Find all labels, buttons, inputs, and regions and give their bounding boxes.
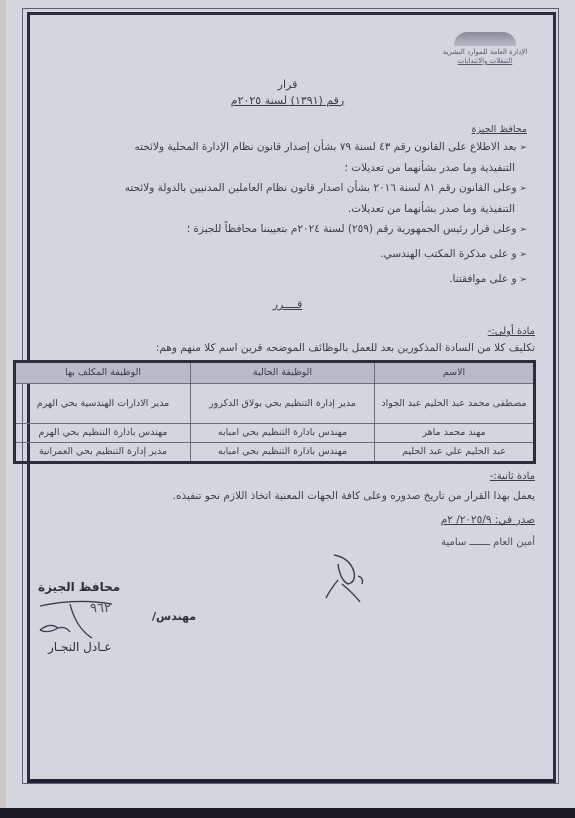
cell-current-job: مهندس بادارة التنظيم بحي امبابه [191,443,375,463]
emblem-icon [454,32,516,46]
assignment-table: الاسم الوظيفة الحالية الوظيفة المكلف بها… [13,360,536,464]
handwritten-initials-icon [320,550,380,610]
cell-current-job: مهندس بادارة التنظيم بحي امبابه [191,424,375,443]
column-header-current-job: الوظيفة الحالية [191,362,375,384]
signature-title: محافظ الجيزة [38,580,120,594]
cell-name: مهند محمد ماهر [375,424,535,443]
column-header-name: الاسم [375,362,535,384]
cell-assigned-job: مدير إدارة التنظيم بحي العمرانية [15,443,191,463]
article-one-heading: مادة أولى:- [488,326,535,337]
handwritten-note: أمين العام ـــــــ سامية [441,537,535,548]
signature-prefix: مهندس/ [152,610,196,623]
decision-heading: قــــرر [0,298,575,311]
table-row: مصطفى محمد عبد الحليم عبد الجواد مدير إد… [15,384,535,424]
cell-name: مصطفى محمد عبد الحليم عبد الجواد [375,384,535,424]
background-edge [0,808,575,818]
table-row: مهند محمد ماهر مهندس بادارة التنظيم بحي … [15,424,535,443]
signatory-name: عـادل النجـار [48,640,112,654]
article-one-text: تكليف كلا من السادة المذكورين بعد للعمل … [156,342,535,354]
table-header-row: الاسم الوظيفة الحالية الوظيفة المكلف بها [15,362,535,384]
preamble-item-3: وعلى قرار رئيس الجمهورية رقم (٢٥٩) لسنة … [187,223,527,235]
decree-number: رقم (١٣٩١) لسنة ٢٠٢٥م [0,94,575,107]
article-two-text: يعمل بهذا القرار من تاريخ صدوره وعلى كاف… [173,490,535,502]
column-header-assigned-job: الوظيفة المكلف بها [15,362,191,384]
issue-date: صدر في: ٢٠٢٥/٩/ ٢م [441,514,535,526]
table-row: عبد الحليم علي عبد الحليم مهندس بادارة ا… [15,443,535,463]
cell-name: عبد الحليم علي عبد الحليم [375,443,535,463]
letterhead-department: الإدارة العامة للموارد البشرية [435,48,535,57]
preamble-item-2-cont: التنفيذية وما صدر بشأنهما من تعديلات. [348,203,515,215]
decree-title: قرار [0,78,575,91]
letterhead: الإدارة العامة للموارد البشرية التنقلات … [435,32,535,66]
cell-assigned-job: مهندس بادارة التنظيم بحي الهرم [15,424,191,443]
preamble-item-2: وعلى القانون رقم ٨١ لسنة ٢٠١٦ بشأن اصدار… [125,182,527,194]
cell-current-job: مدير إدارة التنظيم بحي بولاق الدكرور [191,384,375,424]
letterhead-section: التنقلات والانتدابات [435,57,535,66]
preamble-item-1: بعد الاطلاع على القانون رقم ٤٣ لسنة ٧٩ ب… [134,141,527,153]
article-two-heading: مادة ثانية:- [490,471,535,482]
preamble-item-4: و على مذكرة المكتب الهندسي. [380,248,527,260]
preamble-item-1-cont: التنفيذية وما صدر بشأنهما من تعديلات ؛ [345,162,515,174]
cell-assigned-job: مدير الادارات الهندسية بحي الهرم [15,384,191,424]
preamble-item-5: و على موافقتنا. [449,273,527,285]
addressee: محافظ الجيزة [472,124,527,135]
